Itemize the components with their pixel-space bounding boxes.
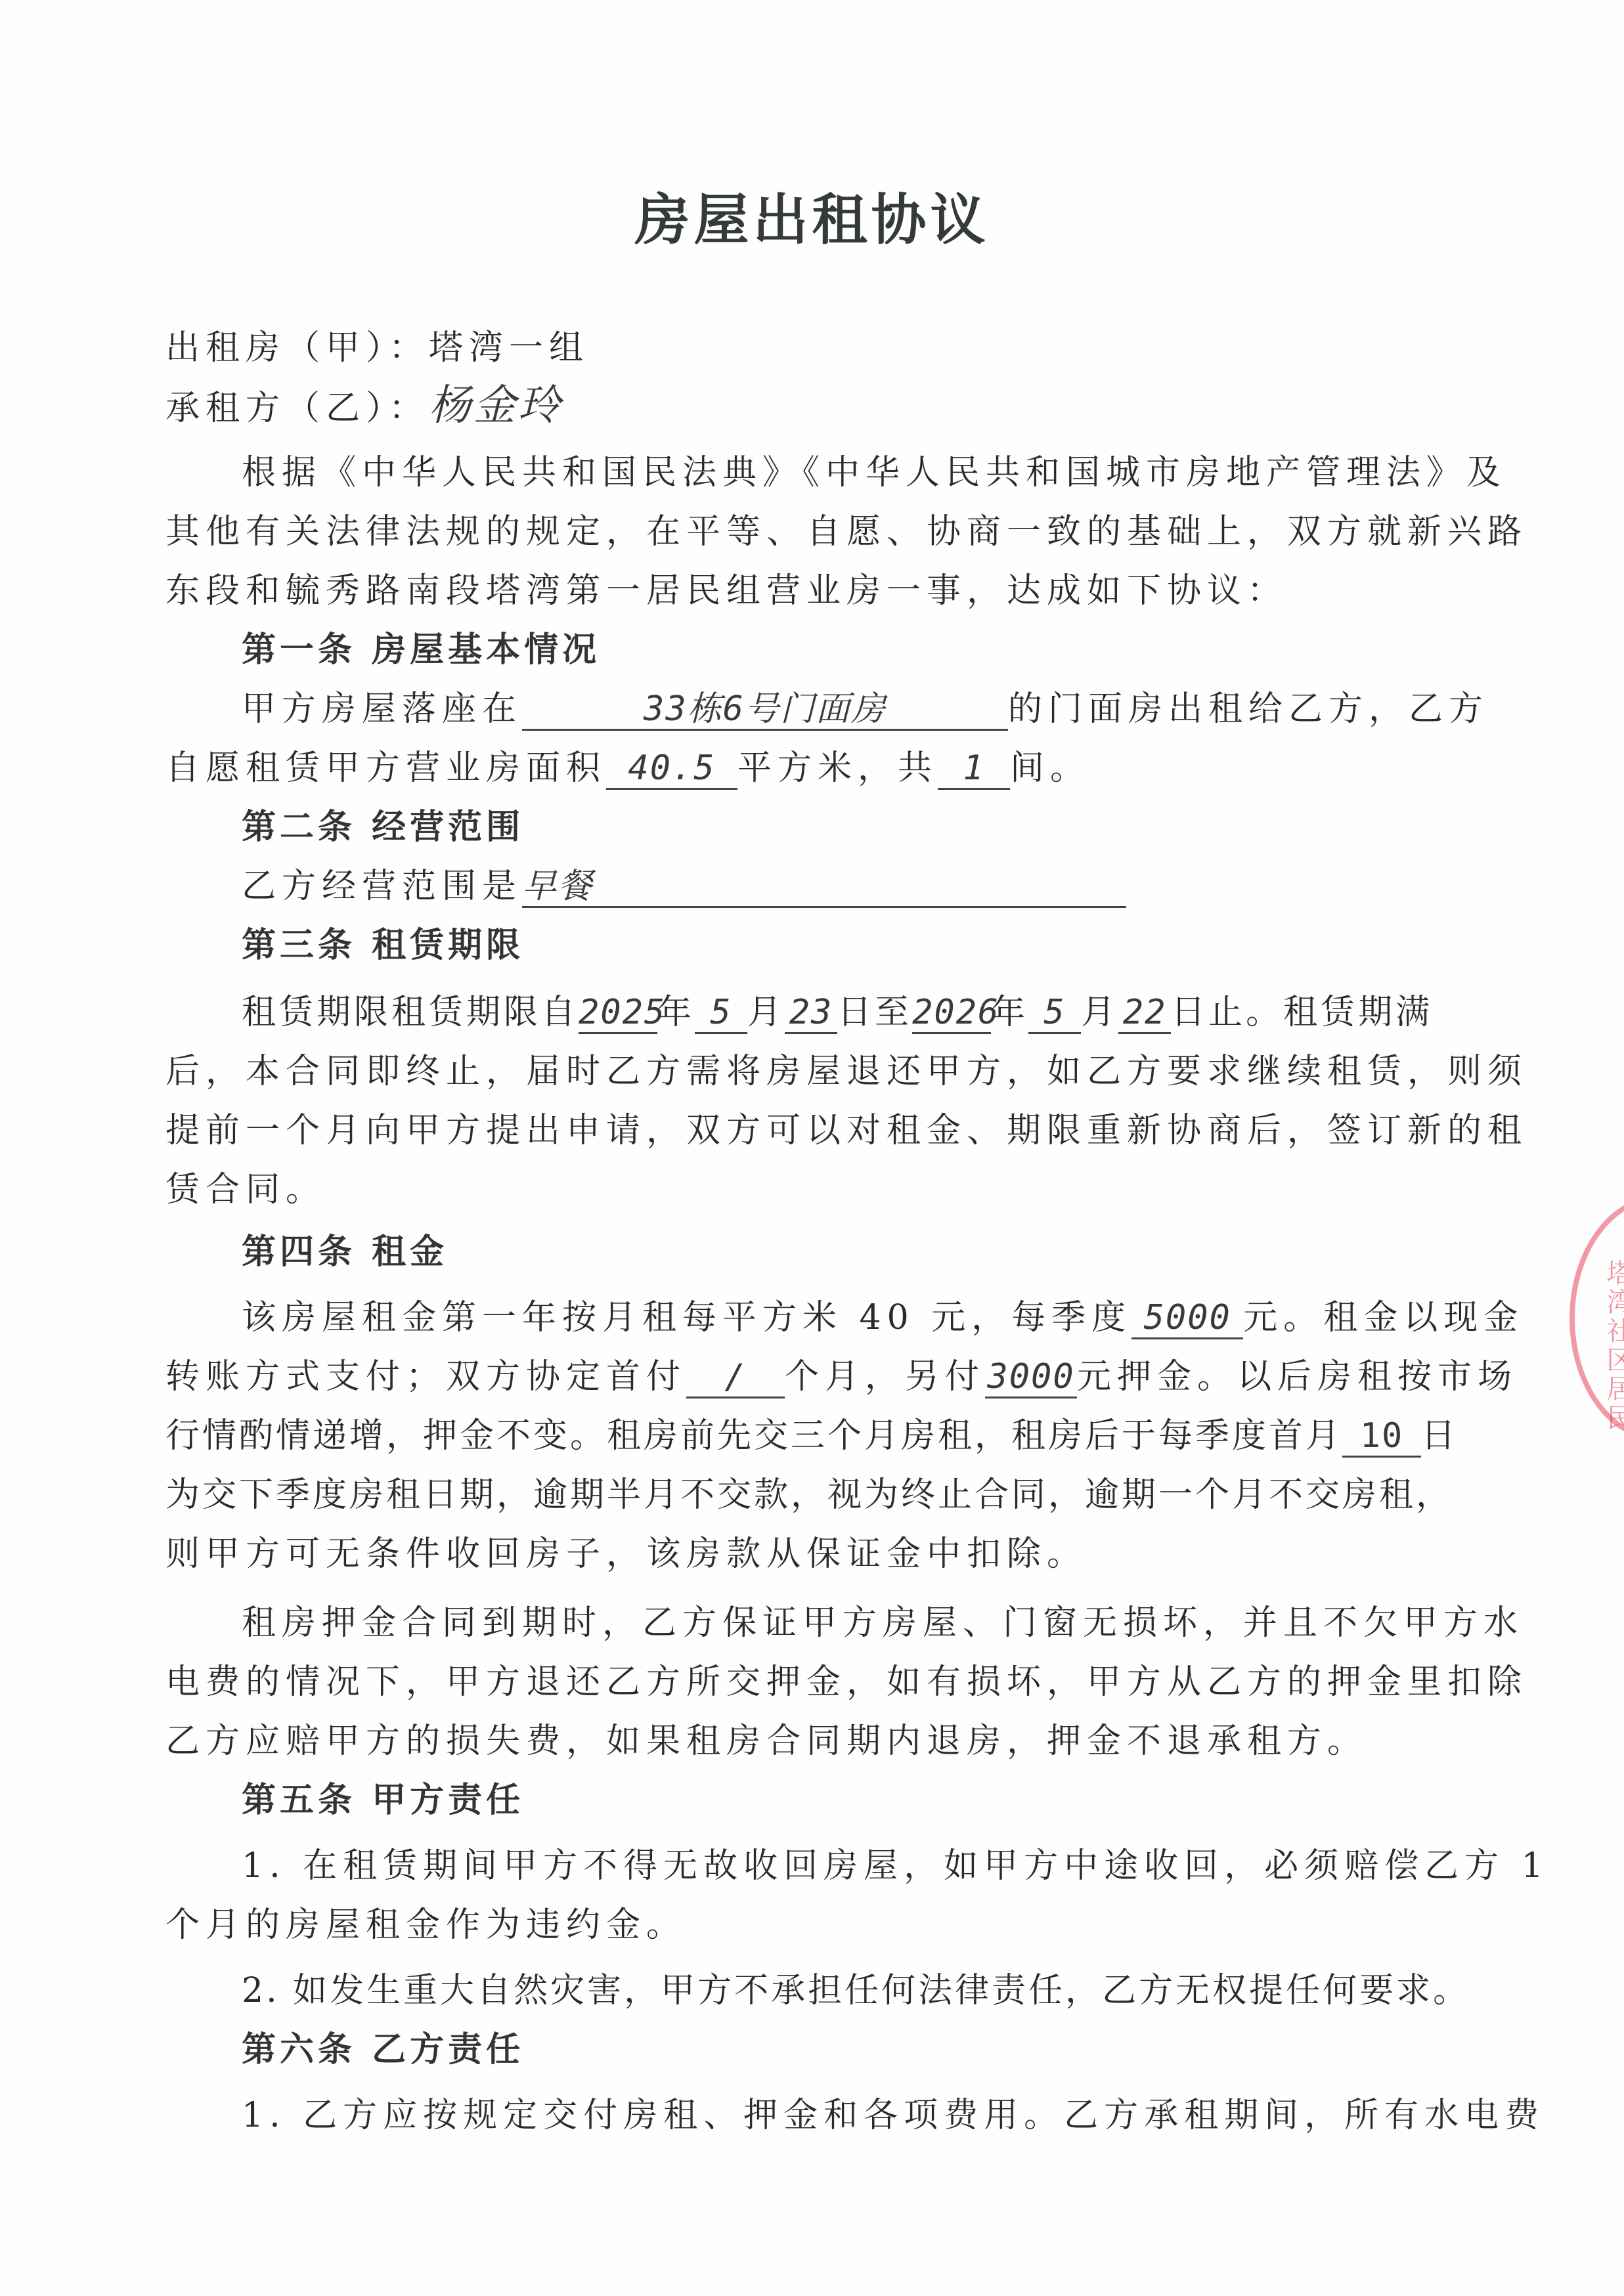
article3-line-4: 赁合同。	[165, 1169, 1453, 1211]
document-title: 房屋出租协议	[0, 176, 1624, 255]
article3-line-1: 租赁期限租赁期限自2025年5月23日至2026年5月22日止。租赁期满	[242, 991, 1529, 1034]
stamp-text: 塔湾社区居民	[1601, 1259, 1624, 1433]
article4-line-1: 该房屋租金第一年按月租每平方米 40 元，每季度5000元。租金以现金	[242, 1297, 1529, 1339]
article2-line-1: 乙方经营范围是早餐	[242, 865, 1529, 908]
to-label: 日至	[837, 993, 912, 1032]
preamble-line-2: 其他有关法律法规的规定，在平等、自愿、协商一致的基础上，双方就新兴路	[165, 511, 1453, 553]
article5-item1-line1: 1. 在租赁期间甲方不得无故收回房屋，如甲方中途收回，必须赔偿乙方 1	[242, 1845, 1529, 1887]
article5-item2: 2. 如发生重大自然灾害，甲方不承担任何法律责任，乙方无权提任何要求。	[242, 1970, 1529, 2012]
article1-text: 间。	[1010, 748, 1090, 788]
article4-line-2: 转账方式支付；双方协定首付/个月，另付3000元押金。以后房租按市场	[165, 1356, 1453, 1398]
month-label: 月	[1081, 993, 1118, 1032]
article4-line-4: 为交下季度房租日期，逾期半月不交款，视为终止合同，逾期一个月不交房租，	[165, 1474, 1453, 1516]
article3-line-3: 提前一个月向甲方提出申请，双方可以对租金、期限重新协商后，签订新的租	[165, 1110, 1453, 1152]
article1-text: 甲方房屋落座在	[242, 689, 522, 729]
payment-day-field: 10	[1342, 1416, 1421, 1458]
article3-line-2: 后，本合同即终止，届时乙方需将房屋退还甲方，如乙方要求继续租赁，则须	[165, 1051, 1453, 1093]
year-label: 年	[657, 993, 695, 1032]
article6-item1-line1: 1. 乙方应按规定交付房租、押金和各项费用。乙方承租期间，所有水电费	[242, 2094, 1529, 2136]
end-year-field: 2026	[912, 993, 991, 1034]
area-field: 40.5	[606, 748, 737, 790]
article2-text: 乙方经营范围是	[242, 867, 522, 906]
first-payment-months-field: /	[686, 1357, 785, 1398]
end-label: 日止。租赁期满	[1171, 993, 1433, 1032]
article1-line-2: 自愿租赁甲方营业房面积40.5平方米，共1间。	[165, 747, 1453, 790]
location-field: 33栋6号门面房	[522, 689, 1008, 731]
article1-heading: 第一条 房屋基本情况	[242, 629, 1529, 671]
article4-text: 转账方式支付；双方协定首付	[165, 1357, 686, 1397]
lessor-value: 塔湾一组	[429, 328, 589, 368]
lessee-label: 承租方（乙）：	[165, 389, 429, 428]
business-scope-field: 早餐	[522, 867, 1126, 908]
preamble-line-3: 东段和毓秀路南段塔湾第一居民组营业房一事，达成如下协议：	[165, 570, 1453, 612]
quarterly-rent-field: 5000	[1131, 1298, 1243, 1339]
article5-heading: 第五条 甲方责任	[242, 1779, 1529, 1821]
article2-heading: 第二条 经营范围	[242, 806, 1529, 848]
year-label: 年	[991, 993, 1028, 1032]
start-day-field: 23	[785, 993, 837, 1034]
lessor-label: 出租房（甲）：	[165, 328, 429, 368]
article4-text: 元押金。以后房租按市场	[1077, 1357, 1518, 1397]
article4-text: 日	[1421, 1416, 1458, 1456]
article1-line-1: 甲方房屋落座在33栋6号门面房的门面房出租给乙方，乙方	[242, 688, 1529, 731]
official-seal-stamp: 塔湾社区居民	[1569, 1195, 1624, 1442]
article1-text: 的门面房出租给乙方，乙方	[1008, 689, 1489, 729]
article1-text: 平方米，共	[737, 748, 938, 788]
start-month-field: 5	[695, 993, 747, 1034]
deposit-line-1: 租房押金合同到期时，乙方保证甲方房屋、门窗无损坏，并且不欠甲方水	[242, 1602, 1529, 1644]
article4-text: 该房屋租金第一年按月租每平方米 40 元，每季度	[242, 1298, 1131, 1337]
article3-heading: 第三条 租赁期限	[242, 924, 1529, 966]
article1-text: 自愿租赁甲方营业房面积	[165, 748, 606, 788]
article4-text: 行情酌情递增，押金不变。租房前先交三个月房租，租房后于每季度首月	[165, 1416, 1342, 1456]
article4-line-3: 行情酌情递增，押金不变。租房前先交三个月房租，租房后于每季度首月10日	[165, 1415, 1453, 1458]
end-day-field: 22	[1118, 993, 1171, 1034]
lessee-line: 承租方（乙）：杨金玲	[165, 386, 1453, 429]
lessor-line: 出租房（甲）：塔湾一组	[165, 327, 1453, 369]
document-page: 房屋出租协议 出租房（甲）：塔湾一组 承租方（乙）：杨金玲 根据《中华人民共和国…	[0, 0, 1624, 2296]
start-year-field: 2025	[579, 993, 657, 1034]
article4-text: 元。租金以现金	[1243, 1298, 1524, 1337]
deposit-line-3: 乙方应赔甲方的损失费，如果租房合同期内退房，押金不退承租方。	[165, 1720, 1453, 1762]
room-count-field: 1	[938, 748, 1010, 790]
article4-text: 个月，另付	[785, 1357, 985, 1397]
article6-heading: 第六条 乙方责任	[242, 2029, 1529, 2071]
article5-item1-line2: 个月的房屋租金作为违约金。	[165, 1904, 1453, 1946]
deposit-line-2: 电费的情况下，甲方退还乙方所交押金，如有损坏，甲方从乙方的押金里扣除	[165, 1661, 1453, 1703]
month-label: 月	[747, 993, 785, 1032]
article4-line-5: 则甲方可无条件收回房子，该房款从保证金中扣除。	[165, 1533, 1453, 1575]
lessee-signature: 杨金玲	[429, 386, 563, 425]
preamble-line-1: 根据《中华人民共和国民法典》《中华人民共和国城市房地产管理法》及	[242, 452, 1529, 494]
end-month-field: 5	[1028, 993, 1081, 1034]
deposit-field: 3000	[985, 1357, 1077, 1398]
article4-heading: 第四条 租金	[242, 1231, 1529, 1273]
article3-text: 租赁期限租赁期限自	[242, 993, 579, 1032]
